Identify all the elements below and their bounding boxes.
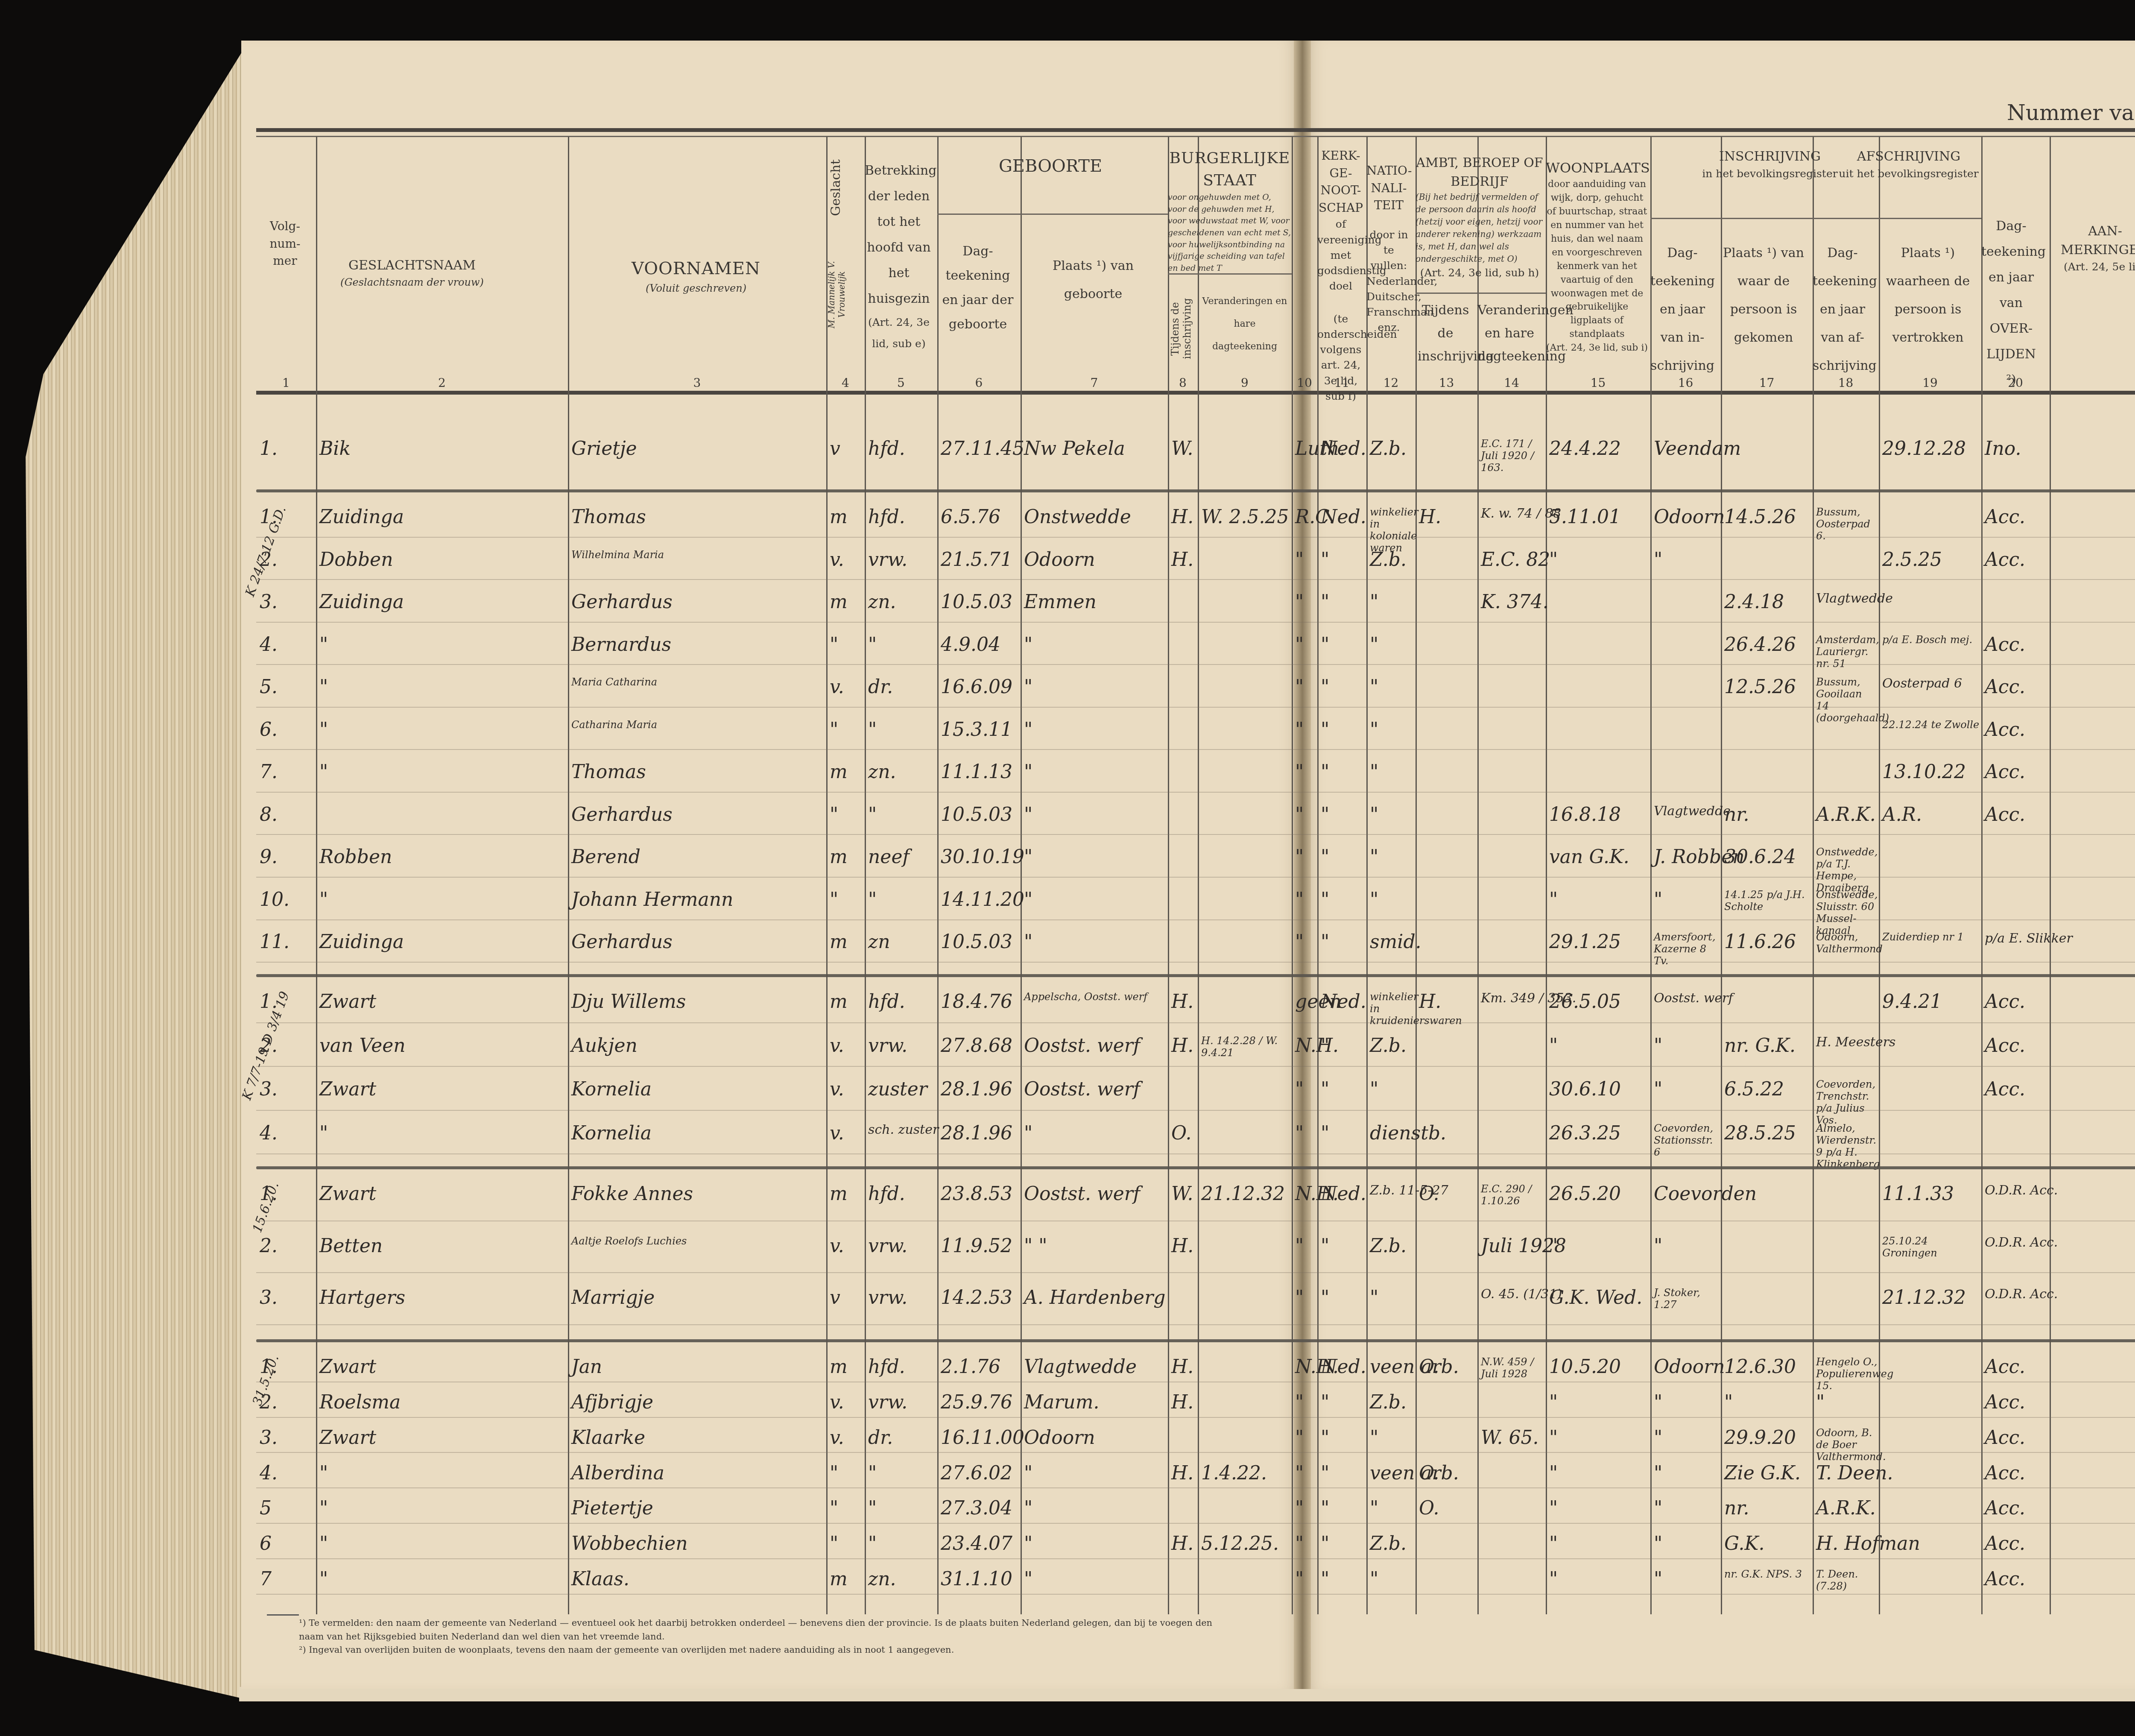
entry-naam: " (319, 719, 328, 741)
entry-ambt: " (1370, 804, 1378, 826)
column-number: 5 (888, 376, 914, 390)
entry-insch-plaats: " (1654, 1497, 1662, 1519)
entry-afsch-plaats: A.R.K. (1816, 1497, 1876, 1519)
entry-naam: van Veen (319, 1035, 406, 1057)
entry-betrekking: " (868, 1497, 877, 1519)
entry-voornamen: Aaltje Roelofs Luchies (571, 1235, 687, 1247)
entry-naam: " (319, 1462, 328, 1484)
entry-geb-dag: 27.6.02 (941, 1462, 1012, 1484)
entry-naam: Zwart (319, 1183, 376, 1205)
entry-aanm: Acc. (1985, 1462, 2025, 1484)
ruled-line (256, 1066, 2135, 1067)
column-number: 16 (1673, 376, 1699, 390)
entry-aanm: Acc. (1985, 991, 2025, 1013)
entry-kerk: " (1295, 1235, 1304, 1257)
entry-geb-plaats: Marum. (1024, 1391, 1099, 1413)
entry-afsch-plaats: Vlagtwedde (1816, 591, 1878, 606)
entry-nat: " (1321, 676, 1329, 698)
header-kerkgenootschap: KERK-GE-NOOT-SCHAP of vereeniging met go… (1317, 147, 1364, 404)
entry-burg-verand: H. 14.2.28 / W. 9.4.21 (1201, 1035, 1291, 1059)
entry-voornamen: Klaas. (571, 1568, 629, 1590)
entry-afsch-plaats: " (1816, 1391, 1825, 1413)
entry-insch-plaats: " (1654, 1568, 1662, 1590)
entry-insch-dag: 29.1.25 (1549, 931, 1621, 953)
header-insch-dag: Dag-teekening en jaar van in-schrijving (1650, 239, 1714, 380)
entry-kerk: " (1295, 1391, 1304, 1413)
entry-betrekking: hfd. (868, 1356, 905, 1378)
entry-aanm: Acc. (1985, 719, 2025, 741)
header-burgerlijke-staat: BURGERLIJKE STAAT voor ongehuwden met O,… (1168, 147, 1292, 274)
entry-burg: H. (1171, 549, 1193, 571)
entry-ambt-verand: H. (1419, 506, 1441, 528)
entry-geb-plaats: " (1024, 676, 1032, 698)
group-subrule (937, 214, 1168, 215)
entry-burg-verand: 5.12.25. (1201, 1533, 1279, 1554)
column-number: 14 (1499, 376, 1524, 390)
header-afsch-plaats: Plaats ¹) waarheen de persoon is vertrok… (1879, 239, 1977, 352)
entry-insch-dag: " (1549, 1035, 1558, 1057)
group-subrule (1416, 293, 1546, 294)
entry-betrekking: zn. (868, 761, 896, 783)
entry-overl: 29.12.28 (1882, 438, 1966, 460)
entry-nr: 10. (260, 889, 290, 910)
entry-kerk: " (1295, 846, 1304, 868)
entry-burg: H. (1171, 506, 1193, 528)
entry-ambt-verand: O. (1419, 1497, 1439, 1519)
header-burg-title: BURGERLIJKE STAAT (1168, 147, 1292, 192)
entry-geslacht: m (830, 761, 848, 783)
entry-voornamen: Kornelia (571, 1122, 652, 1144)
entry-nr: 11. (260, 931, 290, 953)
ruled-line (256, 1324, 2135, 1325)
ruled-line (256, 1487, 2135, 1488)
entry-nr: 1. (260, 1183, 278, 1205)
entry-burg: H. (1171, 1462, 1193, 1484)
entry-afsch-plaats: H. Hofman (1816, 1533, 1878, 1554)
entry-voornamen: Wilhelmina Maria (571, 549, 664, 561)
entry-ambt-verand: O. (1419, 1356, 1439, 1378)
entry-ambt: Z.b. (1370, 549, 1407, 571)
entry-afsch-dag: 29.9.20 (1724, 1427, 1796, 1449)
entry-nr: 3. (260, 1427, 278, 1449)
entry-afsch-dag: 12.5.26 (1724, 676, 1796, 698)
entry-nat: " (1321, 1035, 1329, 1057)
entry-aanm: Acc. (1985, 1568, 2025, 1590)
entry-naam: " (319, 1568, 328, 1590)
entry-burg: H. (1171, 1356, 1193, 1378)
entry-kerk: " (1295, 676, 1304, 698)
entry-naam: Betten (319, 1235, 383, 1257)
entry-ambt-verand: O. (1419, 1183, 1439, 1205)
header-afschrijving: AFSCHRIJVING uit het bevolkingsregister (1813, 147, 2005, 182)
entry-overl: 9.4.21 (1882, 991, 1942, 1013)
entry-kerk: N.H. (1295, 1356, 1316, 1378)
entry-nat: " (1321, 1235, 1329, 1257)
entry-aanm: Acc. (1985, 1533, 2025, 1554)
header-woon-title: WOONPLAATS (1546, 158, 1648, 178)
entry-voornamen: Aukjen (571, 1035, 638, 1057)
entry-ambt: Z.b. (1370, 1235, 1407, 1257)
entry-geslacht: " (830, 1497, 838, 1519)
entry-geb-plaats: " (1024, 1497, 1032, 1519)
entry-geslacht: " (830, 1462, 838, 1484)
entry-betrekking: vrw. (868, 1391, 907, 1413)
entry-aanm: O.D.R. Acc. (1985, 1235, 2049, 1250)
entry-insch-plaats: J. Robben (1654, 846, 1720, 868)
entry-aanm: Acc. (1985, 634, 2025, 656)
entry-afsch-plaats: Odoorn, Valthermond (1816, 931, 1878, 955)
entry-insch-dag: 5.11.01 (1549, 506, 1621, 528)
entry-geslacht: v. (830, 676, 844, 698)
entry-nr: 5 (260, 1497, 272, 1519)
entry-nat: " (1321, 1427, 1329, 1449)
entry-geb-plaats: Odoorn (1024, 549, 1095, 571)
entry-nr: 6. (260, 719, 278, 741)
entry-geb-dag: 18.4.76 (941, 991, 1012, 1013)
entry-insch-plaats: " (1654, 889, 1662, 910)
column-number: 6 (966, 376, 992, 390)
column-number: 19 (1917, 376, 1943, 390)
entry-geslacht: v. (830, 1427, 844, 1449)
header-insch-plaats: Plaats ¹) van waar de persoon is gekomen (1721, 239, 1806, 352)
entry-insch-dag: 26.5.05 (1549, 991, 1621, 1013)
entry-geb-plaats: " (1024, 761, 1032, 783)
entry-betrekking: zn. (868, 591, 896, 613)
entry-afsch-dag: " (1724, 1391, 1733, 1413)
entry-nat: Ned. (1321, 1183, 1366, 1205)
entry-ambt: " (1370, 634, 1378, 656)
header-volgnummer: Volg- num- mer (256, 218, 314, 270)
entry-insch-dag: " (1549, 1533, 1558, 1554)
entry-geslacht: v. (830, 1078, 844, 1100)
entry-geb-dag: 14.2.53 (941, 1287, 1012, 1309)
entry-afsch-dag: 14.5.26 (1724, 506, 1796, 528)
entry-nr: 2. (260, 549, 278, 571)
entry-overl: 2.5.25 (1882, 549, 1942, 571)
header-geslachtsnaam-title: GESLACHTSNAAM (316, 256, 508, 275)
entry-voornamen: Bernardus (571, 634, 671, 656)
entry-afsch-plaats: Bussum, Gooilaan 14 (doorgehaald) (1816, 676, 1878, 724)
entry-nat: Ned. (1321, 991, 1366, 1013)
entry-ambt: veen arb. (1370, 1356, 1415, 1378)
ruled-line (256, 792, 2135, 793)
entry-aanm: p/a E. Slikker (1985, 931, 2049, 946)
entry-afsch-plaats: T. Deen. (7.28) (1816, 1568, 1878, 1592)
entry-nat: " (1321, 761, 1329, 783)
entry-geb-plaats: Vlagtwedde (1024, 1356, 1137, 1378)
entry-burg-verand: 1.4.22. (1201, 1462, 1267, 1484)
entry-geslacht: v (830, 1287, 840, 1309)
entry-voornamen: Gerhardus (571, 931, 673, 953)
entry-ambt: " (1370, 1287, 1378, 1309)
entry-voornamen: Thomas (571, 761, 646, 783)
entry-ambt: " (1370, 1568, 1378, 1590)
column-number: 4 (833, 376, 858, 390)
header-nat-title: NATIO-NALI-TEIT (1366, 162, 1411, 214)
header-bottom-rule (256, 391, 2135, 395)
entry-afsch-plaats: Coevorden, Trenchstr. p/a Julius Vos. (1816, 1078, 1878, 1126)
entry-insch-plaats: " (1654, 1462, 1662, 1484)
header-woon-sub: door aanduiding van wijk, dorp, gehucht … (1546, 178, 1648, 341)
entry-insch-plaats: Odoorn (1654, 506, 1720, 528)
entry-geb-plaats: Oostst. werf (1024, 1078, 1140, 1100)
entry-overl: 13.10.22 (1882, 761, 1966, 783)
ruled-line (256, 1523, 2135, 1524)
entry-nat: " (1321, 549, 1329, 571)
entry-betrekking: sch. zuster (868, 1122, 936, 1137)
entry-naam: Zuidinga (319, 931, 404, 953)
group-subrule (1813, 218, 1981, 219)
entry-voornamen: Thomas (571, 506, 646, 528)
entry-geslacht: m (830, 506, 848, 528)
entry-kerk: geen (1295, 991, 1316, 1013)
entry-afsch-plaats: Onstwedde, p/a T.J. Hempe, Draaiberg (1816, 846, 1878, 894)
entry-aanm: Ino. (1985, 438, 2021, 460)
entry-geb-plaats: " (1024, 889, 1032, 910)
entry-burg: W. (1171, 1183, 1193, 1205)
entry-geb-dag: 28.1.96 (941, 1122, 1012, 1144)
entry-kerk: Luth. (1295, 438, 1316, 460)
entry-geb-dag: 14.11.20 (941, 889, 1020, 910)
entry-nr: 4. (260, 634, 278, 656)
entry-naam: Zuidinga (319, 591, 404, 613)
column-line (1879, 137, 1880, 1614)
entry-nr: 6 (260, 1533, 272, 1554)
entry-geb-plaats: " (1024, 634, 1032, 656)
entry-overl: p/a E. Bosch mej. (1882, 634, 1972, 646)
entry-insch-plaats: Veendam (1654, 438, 1720, 460)
entry-nat: " (1321, 846, 1329, 868)
entry-nr: 9. (260, 846, 278, 868)
entry-geslacht: v. (830, 1391, 844, 1413)
entry-aanm: Acc. (1985, 549, 2025, 571)
entry-aanm: Acc. (1985, 676, 2025, 698)
entry-ambt-verand: H. (1419, 991, 1441, 1013)
entry-kerk: " (1295, 719, 1304, 741)
entry-betrekking: " (868, 1462, 877, 1484)
entry-naam: " (319, 761, 328, 783)
entry-geb-dag: 31.1.10 (941, 1568, 1012, 1590)
entry-voornamen: Maria Catharina (571, 676, 657, 688)
column-line (2050, 137, 2051, 1614)
entry-naam: Roelsma (319, 1391, 401, 1413)
entry-burg: W. (1171, 438, 1193, 460)
entry-kerk: N.H. (1295, 1035, 1316, 1057)
entry-afsch-dag: 12.6.30 (1724, 1356, 1796, 1378)
entry-insch-plaats: Amersfoort, Kazerne 8 Tv. (1654, 931, 1720, 967)
household-separator (256, 489, 2135, 492)
entry-insch-dag: van G.K. (1549, 846, 1629, 868)
entry-nr: 4. (260, 1122, 278, 1144)
entry-insch-dag: 24.4.22 (1549, 438, 1621, 460)
entry-nr: 8. (260, 804, 278, 826)
ruled-line (256, 1022, 2135, 1023)
header-voornamen-sub: (Voluit geschreven) (568, 281, 824, 296)
entry-overl: A.R. (1882, 804, 1922, 826)
entry-burg-verand: 21.12.32 (1201, 1183, 1285, 1205)
entry-geb-plaats: Oostst. werf (1024, 1035, 1140, 1057)
entry-voornamen: Afjbrigje (571, 1391, 653, 1413)
entry-geb-dag: 10.5.03 (941, 591, 1012, 613)
column-number: 1 (273, 376, 299, 390)
header-betrekking: Betrekking der leden tot het hoofd van h… (865, 158, 933, 354)
entry-geb-dag: 28.1.96 (941, 1078, 1012, 1100)
entry-betrekking: zn. (868, 1568, 896, 1590)
header-overlijden: Dag-teekening en jaar van OVER-LIJDEN ²) (1981, 214, 2041, 393)
header-kerk-title: KERK-GE-NOOT-SCHAP (1317, 147, 1364, 217)
header-woon-art: (Art. 24, 3e lid, sub i) (1546, 341, 1648, 355)
entry-nat: " (1321, 889, 1329, 910)
entry-nr: 2. (260, 1391, 278, 1413)
entry-geslacht: " (830, 804, 838, 826)
entry-ambt: " (1370, 591, 1378, 613)
entry-nat: Ned. (1321, 438, 1366, 460)
entry-geb-dag: 30.10.19 (941, 846, 1020, 868)
entry-geslacht: " (830, 889, 838, 910)
entry-aanm: Acc. (1985, 761, 2025, 783)
column-line (1021, 137, 1022, 1614)
entry-kerk: " (1295, 1568, 1304, 1590)
entry-voornamen: Pietertje (571, 1497, 653, 1519)
column-line (937, 137, 939, 1614)
entry-voornamen: Fokke Annes (571, 1183, 693, 1205)
household-separator (256, 1339, 2135, 1342)
footnote-rule (267, 1614, 299, 1616)
entry-afsch-plaats: Amsterdam, Lauriergr. nr. 51 (1816, 634, 1878, 670)
entry-geb-plaats: " (1024, 719, 1032, 741)
column-line (1292, 137, 1293, 1614)
entry-afsch-plaats: Odoorn, B. de Boer Valthermond. (1816, 1427, 1878, 1463)
entry-geb-dag: 27.3.04 (941, 1497, 1012, 1519)
entry-geb-dag: 10.5.03 (941, 804, 1012, 826)
entry-afsch-dag: 11.6.26 (1724, 931, 1796, 953)
entry-nat: " (1321, 591, 1329, 613)
header-aanm-title: AAN-MERKINGEN (2050, 222, 2135, 259)
entry-naam: Zwart (319, 991, 376, 1013)
entry-geb-dag: 16.11.00 (941, 1427, 1020, 1449)
entry-betrekking: dr. (868, 676, 893, 698)
header-geslachtsnaam-sub: (Geslachtsnaam der vrouw) (316, 275, 508, 290)
entry-voornamen: Berend (571, 846, 640, 868)
entry-woon: K. 374. (1481, 591, 1545, 613)
entry-nr: 7. (260, 761, 278, 783)
entry-voornamen: Wobbechien (571, 1533, 688, 1554)
entry-geb-dag: 21.5.71 (941, 549, 1012, 571)
entry-betrekking: zuster (868, 1078, 927, 1100)
footnote-2: ²) Ingeval van overlijden buiten de woon… (299, 1643, 1238, 1657)
entry-woon: Km. 349 / 353. (1481, 991, 1545, 1006)
entry-betrekking: hfd. (868, 438, 905, 460)
entry-geslacht: v (830, 438, 840, 460)
entry-betrekking: vrw. (868, 1235, 907, 1257)
entry-insch-plaats: " (1654, 1078, 1662, 1100)
entry-geb-dag: 27.8.68 (941, 1035, 1012, 1057)
header-geslacht-mv: M. Mannelijk V. Vrouwelijk (826, 239, 848, 350)
entry-geslacht: m (830, 1356, 848, 1378)
ruled-line (256, 749, 2135, 750)
entry-ambt: " (1370, 719, 1378, 741)
ruled-line (256, 1221, 2135, 1221)
column-number: 2 (429, 376, 455, 390)
entry-aanm: O.D.R. Acc. (1985, 1287, 2049, 1302)
entry-nat: " (1321, 1568, 1329, 1590)
entry-naam: " (319, 634, 328, 656)
entry-geb-plaats: " (1024, 846, 1032, 868)
entry-betrekking: " (868, 634, 877, 656)
entry-kerk: " (1295, 761, 1304, 783)
entry-ambt: " (1370, 1497, 1378, 1519)
entry-kerk: " (1295, 1462, 1304, 1484)
entry-voornamen: Johann Hermann (571, 889, 733, 910)
entry-overl: 21.12.32 (1882, 1287, 1966, 1309)
entry-insch-dag: 26.5.20 (1549, 1183, 1621, 1205)
entry-overl: Zuiderdiep nr 1 (1882, 931, 1964, 943)
entry-ambt: " (1370, 1427, 1378, 1449)
entry-nr: 2. (260, 1035, 278, 1057)
column-number: 7 (1082, 376, 1107, 390)
entry-naam: " (319, 676, 328, 698)
entry-insch-dag: " (1549, 1568, 1558, 1590)
entry-geb-plaats: " (1024, 804, 1032, 826)
entry-betrekking: neef (868, 846, 910, 868)
header-geslacht: Geslacht (828, 145, 845, 231)
entry-ambt: winkelier in kruidenierswaren (1370, 991, 1415, 1027)
entry-geslacht: v. (830, 1035, 844, 1057)
header-nat-sub: door in te vullen: Nederlander, Duitsche… (1366, 227, 1411, 336)
entry-kerk: " (1295, 804, 1304, 826)
entry-naam: Dobben (319, 549, 393, 571)
ruled-line (256, 579, 2135, 580)
column-line (316, 137, 317, 1614)
entry-ambt: " (1370, 761, 1378, 783)
entry-naam: Zuidinga (319, 506, 404, 528)
entry-naam: Zwart (319, 1078, 376, 1100)
entry-woon: N.W. 459 / Juli 1928 (1481, 1356, 1545, 1380)
entry-afsch-plaats: H. Meesters (1816, 1035, 1878, 1050)
entry-afsch-dag: 28.5.25 (1724, 1122, 1796, 1144)
entry-geb-plaats: Odoorn (1024, 1427, 1095, 1449)
entry-woon: O. 45. (1/31) (1481, 1287, 1545, 1302)
entry-insch-plaats: " (1654, 549, 1662, 571)
entry-geslacht: m (830, 991, 848, 1013)
entry-afsch-dag: 26.4.26 (1724, 634, 1796, 656)
entry-geb-dag: 10.5.03 (941, 931, 1012, 953)
entry-geb-dag: 23.8.53 (941, 1183, 1012, 1205)
entry-ambt: Z.b. 11-5-27 (1370, 1183, 1415, 1198)
column-line (1366, 137, 1368, 1614)
entry-naam: Hartgers (319, 1287, 405, 1309)
entry-voornamen: Grietje (571, 438, 637, 460)
entry-voornamen: Kornelia (571, 1078, 652, 1100)
entry-voornamen: Gerhardus (571, 804, 673, 826)
entry-overl: 25.10.24 Groningen (1882, 1235, 1980, 1259)
header-betrekking-sub: (Art. 24, 3e lid, sub e) (865, 312, 933, 354)
entry-insch-dag: " (1549, 1462, 1558, 1484)
entry-nr: 5. (260, 676, 278, 698)
entry-burg: H. (1171, 1235, 1193, 1257)
entry-nat: " (1321, 1462, 1329, 1484)
entry-betrekking: hfd. (868, 991, 905, 1013)
column-number: 10 (1292, 376, 1317, 390)
entry-ambt-verand: O. (1419, 1462, 1439, 1484)
entry-aanm: O.D.R. Acc. (1985, 1183, 2049, 1198)
header-geboorte-dag: Dag-teekening en jaar der geboorte (939, 239, 1016, 337)
entry-geb-dag: 23.4.07 (941, 1533, 1012, 1554)
entry-insch-plaats: " (1654, 1235, 1662, 1257)
entry-geslacht: m (830, 1568, 848, 1590)
entry-burg-verand: W. 2.5.25 (1201, 506, 1289, 528)
column-number: 18 (1833, 376, 1859, 390)
